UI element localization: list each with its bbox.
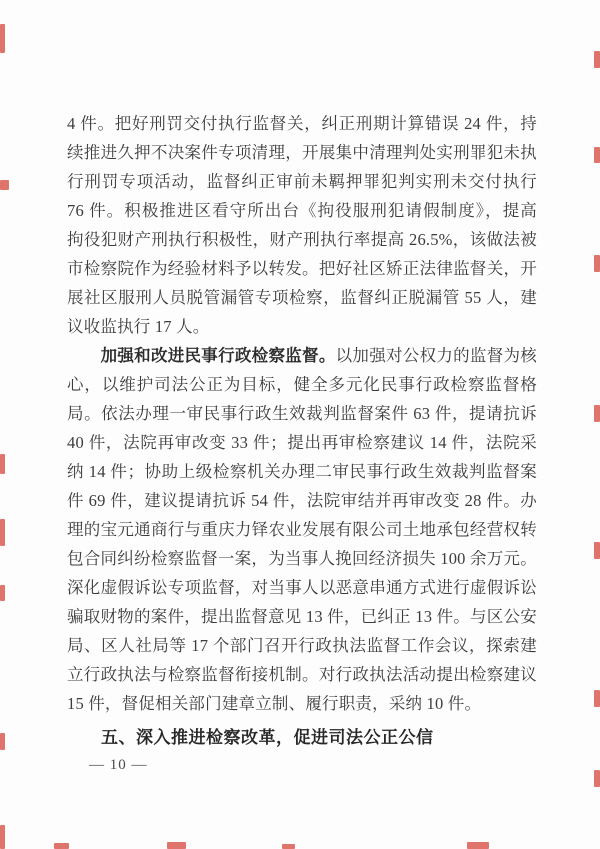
- body-text: 40 件，法院再审改变 33 件；提出再审检察建议 14 件，法院采: [67, 433, 537, 452]
- body-text: 市检察院作为经验材料予以转发。把好社区矫正法律监督关，开: [67, 259, 537, 278]
- body-line: 深化虚假诉讼专项监督，对当事人以恶意串通方式进行虚假诉讼: [67, 573, 537, 602]
- body-line: 包合同纠纷检察监督一案，为当事人挽回经济损失 100 余万元。: [67, 544, 537, 573]
- body-line: 40 件，法院再审改变 33 件；提出再审检察建议 14 件，法院采: [67, 428, 537, 457]
- bold-lead-text: 加强和改进民事行政检察监督。: [101, 346, 336, 365]
- body-line: 4 件。把好刑罚交付执行监督关，纠正刑期计算错误 24 件，持: [67, 109, 537, 138]
- body-text: 议收监执行 17 人。: [67, 317, 209, 336]
- red-edge-mark: [282, 844, 295, 849]
- red-edge-mark: [594, 690, 600, 707]
- red-edge-mark: [0, 519, 5, 546]
- red-edge-mark: [594, 147, 600, 163]
- red-edge-mark: [0, 24, 5, 53]
- body-text: 续推进久押不决案件专项清理，开展集中清理判处实刑罪犯未执: [67, 143, 537, 162]
- body-text: 纳 14 件；协助上级检察机关办理二审民事行政生效裁判监督案: [67, 462, 537, 481]
- red-edge-mark: [594, 542, 600, 559]
- red-edge-mark: [594, 770, 600, 787]
- body-text: 76 件。积极推进区看守所出台《拘役服刑犯请假制度》，提高: [67, 201, 537, 220]
- text-body: 4 件。把好刑罚交付执行监督关，纠正刑期计算错误 24 件，持续推进久押不决案件…: [67, 109, 537, 718]
- body-line: 议收监执行 17 人。: [67, 312, 537, 341]
- body-text: 15 件，督促相关部门建章立制、履行职责，采纳 10 件。: [67, 694, 481, 713]
- red-edge-mark: [467, 842, 489, 849]
- body-line: 立行政执法与检察监督衔接机制。对行政执法活动提出检察建议: [67, 660, 537, 689]
- body-line: 拘役犯财产刑执行积极性，财产刑执行率提高 26.5%，该做法被: [67, 225, 537, 254]
- red-edge-mark: [54, 843, 69, 849]
- body-text: 深化虚假诉讼专项监督，对当事人以恶意串通方式进行虚假诉讼: [67, 578, 537, 597]
- red-edge-mark: [0, 454, 5, 474]
- body-line: 件 69 件，建议提请抗诉 54 件，法院审结并再审改变 28 件。办: [67, 486, 537, 515]
- body-line: 15 件，督促相关部门建章立制、履行职责，采纳 10 件。: [67, 689, 537, 718]
- body-text: 拘役犯财产刑执行积极性，财产刑执行率提高 26.5%，该做法被: [67, 230, 537, 249]
- body-text: 心，以维护司法公正为目标，健全多元化民事行政检察监督格: [67, 375, 537, 394]
- body-text: 立行政执法与检察监督衔接机制。对行政执法活动提出检察建议: [67, 665, 537, 684]
- body-text: 以加强对公权力的监督为核: [336, 346, 537, 365]
- body-line: 加强和改进民事行政检察监督。以加强对公权力的监督为核: [67, 341, 537, 370]
- body-line: 骗取财物的案件，提出监督意见 13 件，已纠正 13 件。与区公安: [67, 602, 537, 631]
- body-text: 局、区人社局等 17 个部门召开行政执法监督工作会议，探索建: [67, 636, 537, 655]
- body-text: 局。依法办理一审民事行政生效裁判监督案件 63 件，提请抗诉: [67, 404, 537, 423]
- body-line: 心，以维护司法公正为目标，健全多元化民事行政检察监督格: [67, 370, 537, 399]
- red-edge-mark: [0, 733, 5, 750]
- body-text: 展社区服刑人员脱管漏管专项检察，监督纠正脱漏管 55 人，建: [67, 288, 537, 307]
- body-line: 行刑罚专项活动，监督纠正审前未羁押罪犯判实刑未交付执行: [67, 167, 537, 196]
- body-line: 理的宝元通商行与重庆力铎农业发展有限公司土地承包经营权转: [67, 515, 537, 544]
- body-line: 续推进久押不决案件专项清理，开展集中清理判处实刑罪犯未执: [67, 138, 537, 167]
- red-edge-mark: [594, 255, 600, 272]
- body-text: 4 件。把好刑罚交付执行监督关，纠正刑期计算错误 24 件，持: [67, 114, 537, 133]
- body-text: 件 69 件，建议提请抗诉 54 件，法院审结并再审改变 28 件。办: [67, 491, 537, 510]
- body-text: [67, 346, 101, 365]
- red-edge-mark: [594, 51, 600, 68]
- body-text: 骗取财物的案件，提出监督意见 13 件，已纠正 13 件。与区公安: [67, 607, 537, 626]
- body-line: 纳 14 件；协助上级检察机关办理二审民事行政生效裁判监督案: [67, 457, 537, 486]
- scanned-document-page: 4 件。把好刑罚交付执行监督关，纠正刑期计算错误 24 件，持续推进久押不决案件…: [0, 0, 600, 849]
- body-line: 市检察院作为经验材料予以转发。把好社区矫正法律监督关，开: [67, 254, 537, 283]
- body-line: 局、区人社局等 17 个部门召开行政执法监督工作会议，探索建: [67, 631, 537, 660]
- body-text: 包合同纠纷检察监督一案，为当事人挽回经济损失 100 余万元。: [67, 549, 537, 568]
- body-line: 局。依法办理一审民事行政生效裁判监督案件 63 件，提请抗诉: [67, 399, 537, 428]
- page-number: — 10 —: [67, 752, 148, 779]
- red-edge-mark: [0, 180, 9, 190]
- red-edge-mark: [594, 405, 600, 422]
- red-edge-mark: [167, 842, 186, 849]
- section-heading: 五、深入推进检察改革，促进司法公正公信: [67, 723, 537, 752]
- body-line: 76 件。积极推进区看守所出台《拘役服刑犯请假制度》，提高: [67, 196, 537, 225]
- body-line: 展社区服刑人员脱管漏管专项检察，监督纠正脱漏管 55 人，建: [67, 283, 537, 312]
- body-text: 理的宝元通商行与重庆力铎农业发展有限公司土地承包经营权转: [67, 520, 537, 539]
- body-text: 行刑罚专项活动，监督纠正审前未羁押罪犯判实刑未交付执行: [67, 172, 537, 191]
- red-edge-mark: [0, 585, 5, 601]
- red-edge-mark: [0, 825, 5, 849]
